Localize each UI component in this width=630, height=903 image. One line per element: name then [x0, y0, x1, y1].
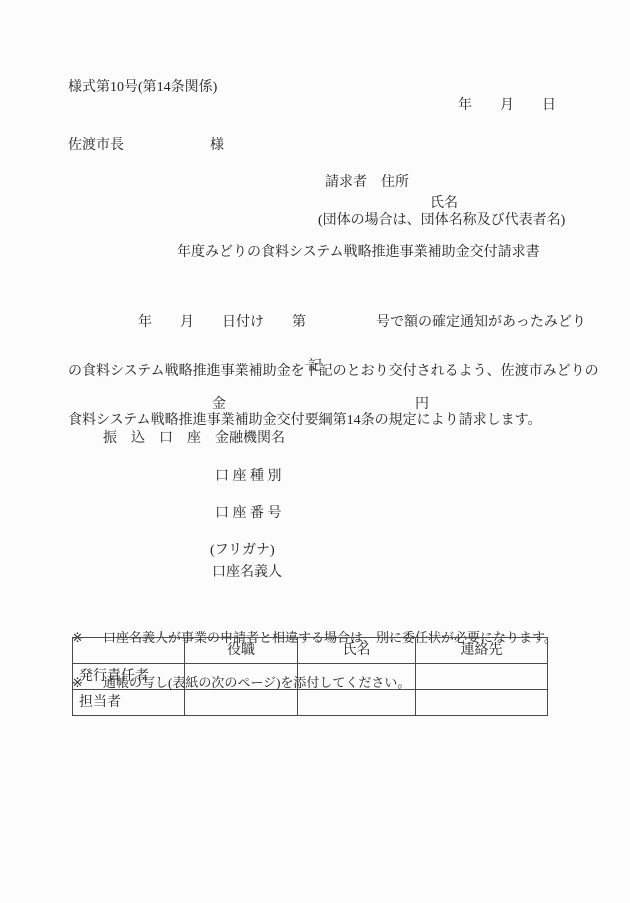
bank-field-account-number: 口 座 番 号: [215, 507, 282, 521]
bank-field-institution: 金融機関名: [215, 432, 285, 446]
amount-prefix: 金: [212, 398, 226, 412]
body-line-3: 食料システム戦略推進事業補助金交付要綱第14条の規定により請求します。: [68, 410, 608, 431]
addressee-name: 佐渡市長: [68, 139, 124, 153]
addressee-honorific: 様: [210, 139, 224, 153]
bank-field-furigana: (フリガナ): [210, 544, 275, 558]
table-cell-empty: [298, 664, 416, 690]
ki-marker: 記: [0, 360, 630, 374]
body-line-1: 年 月 日付け 第 号で額の確定通知があったみどり: [68, 312, 608, 333]
table-cell-empty: [185, 690, 298, 716]
col-header-name: 氏名: [298, 638, 416, 664]
contact-table: 役職 氏名 連絡先 発行責任者 担当者: [72, 637, 548, 716]
col-header-blank: [73, 638, 185, 664]
table-cell-empty: [298, 690, 416, 716]
bank-account-label: 振 込 口 座: [103, 432, 201, 446]
table-cell-empty: [416, 690, 548, 716]
table-row: 発行責任者: [73, 664, 548, 690]
table-row: 担当者: [73, 690, 548, 716]
document-title: 年度みどりの食料システム戦略推進事業補助金交付請求書: [177, 246, 540, 260]
col-header-role: 役職: [185, 638, 298, 664]
date-line: 年 月 日: [458, 99, 556, 113]
row-label-issuer: 発行責任者: [73, 664, 185, 690]
document-page: 様式第10号(第14条関係) 年 月 日 佐渡市長 様 請求者 住所 氏名 (団…: [0, 0, 630, 903]
form-number: 様式第10号(第14条関係): [68, 81, 217, 95]
col-header-contact: 連絡先: [416, 638, 548, 664]
requester-org-note: (団体の場合は、団体名称及び代表者名): [318, 214, 565, 228]
bank-field-holder: 口座名義人: [212, 566, 282, 580]
requester-address-line: 請求者 住所: [325, 176, 409, 190]
amount-suffix: 円: [415, 398, 429, 412]
bank-field-account-type: 口 座 種 別: [215, 470, 282, 484]
table-cell-empty: [185, 664, 298, 690]
table-cell-empty: [416, 664, 548, 690]
table-header-row: 役職 氏名 連絡先: [73, 638, 548, 664]
row-label-staff: 担当者: [73, 690, 185, 716]
requester-name-line: 氏名: [430, 197, 458, 211]
